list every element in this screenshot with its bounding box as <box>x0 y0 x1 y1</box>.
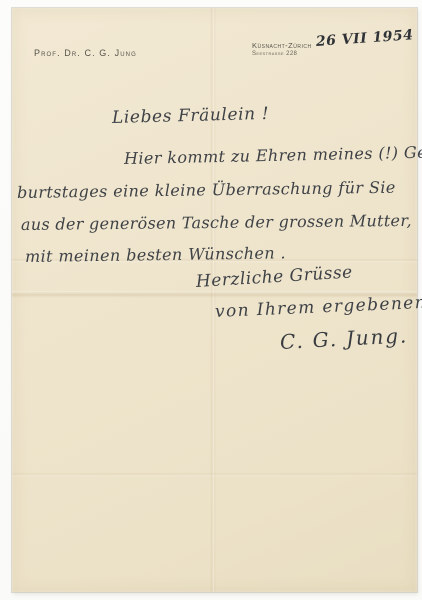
signature: C. G. Jung. <box>279 323 408 354</box>
vertical-fold-crease <box>210 8 216 592</box>
letter-paper: Prof. Dr. C. G. Jung Küsnacht-Zürich See… <box>12 8 417 592</box>
body-line-2: burtstages eine kleine Überraschung für … <box>17 178 396 202</box>
handwritten-date: 26 VII 1954 <box>315 27 414 50</box>
body-line-1: Hier kommt zu Ehren meines (!) Ge- <box>124 143 422 168</box>
closing-line-1: Herzliche Grüsse <box>195 262 353 292</box>
letterhead-place: Küsnacht-Zürich <box>252 41 312 50</box>
salutation-line: Liebes Fräulein ! <box>112 104 270 128</box>
body-line-4: mit meinen besten Wünschen . <box>25 243 286 266</box>
closing-line-2: von Ihrem ergebenen <box>215 293 422 322</box>
scan-background: Prof. Dr. C. G. Jung Küsnacht-Zürich See… <box>0 0 422 600</box>
horizontal-fold-crease-lower <box>12 472 417 477</box>
body-line-3: aus der generösen Tasche der grossen Mut… <box>21 211 412 234</box>
letterhead-street: Seestrasse 228 <box>252 51 297 57</box>
letterhead-name: Prof. Dr. C. G. Jung <box>34 48 137 58</box>
